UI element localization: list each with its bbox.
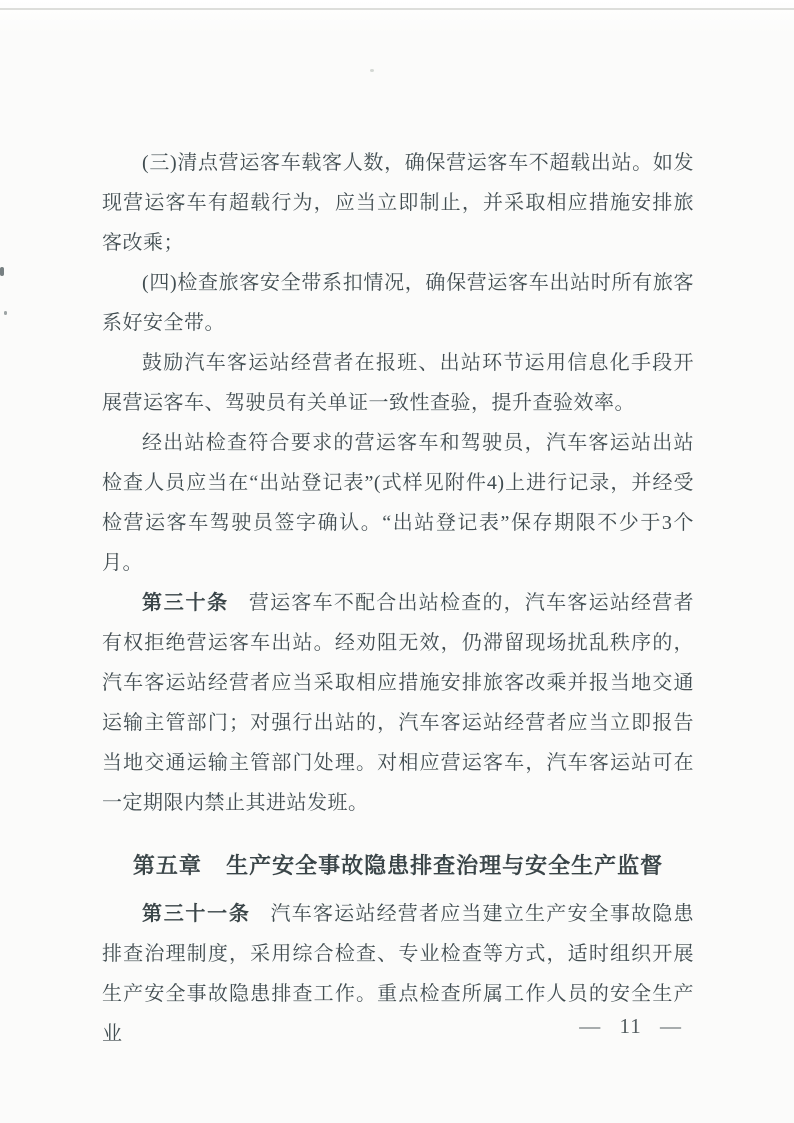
scan-edge-line: [0, 8, 794, 10]
document-page: (三)清点营运客车载客人数，确保营运客车不超载出站。如发现营运客车有超载行为，应…: [0, 0, 794, 1123]
article-31-number: 第三十一条: [142, 903, 251, 925]
paragraph-item-3: (三)清点营运客车载客人数，确保营运客车不超载出站。如发现营运客车有超载行为，应…: [102, 143, 694, 263]
article-30-text: 营运客车不配合出站检查的，汽车客运站经营者有权拒绝营运客车出站。经劝阻无效，仍滞…: [102, 592, 694, 814]
scan-artifact: [4, 311, 7, 315]
document-body: (三)清点营运客车载客人数，确保营运客车不超载出站。如发现营运客车有超载行为，应…: [102, 143, 694, 1054]
paragraph-article-30: 第三十条营运客车不配合出站检查的，汽车客运站经营者有权拒绝营运客车出站。经劝阻无…: [102, 583, 694, 823]
page-number: — 11 —: [579, 1014, 682, 1038]
paragraph-exit-registration: 经出站检查符合要求的营运客车和驾驶员，汽车客运站出站检查人员应当在“出站登记表”…: [102, 423, 694, 583]
chapter-number: 第五章: [133, 853, 202, 878]
chapter-5-heading: 第五章生产安全事故隐患排查治理与安全生产监督: [102, 846, 694, 886]
chapter-title: 生产安全事故隐患排查治理与安全生产监督: [226, 853, 663, 878]
page-footer: — 11 —: [579, 1012, 682, 1040]
scan-artifact: [0, 267, 4, 276]
article-30-number: 第三十条: [142, 592, 229, 614]
paragraph-encouragement: 鼓励汽车客运站经营者在报班、出站环节运用信息化手段开展营运客车、驾驶员有关单证一…: [102, 343, 694, 423]
scan-artifact: [370, 69, 374, 72]
paragraph-item-4: (四)检查旅客安全带系扣情况，确保营运客车出站时所有旅客系好安全带。: [102, 263, 694, 343]
